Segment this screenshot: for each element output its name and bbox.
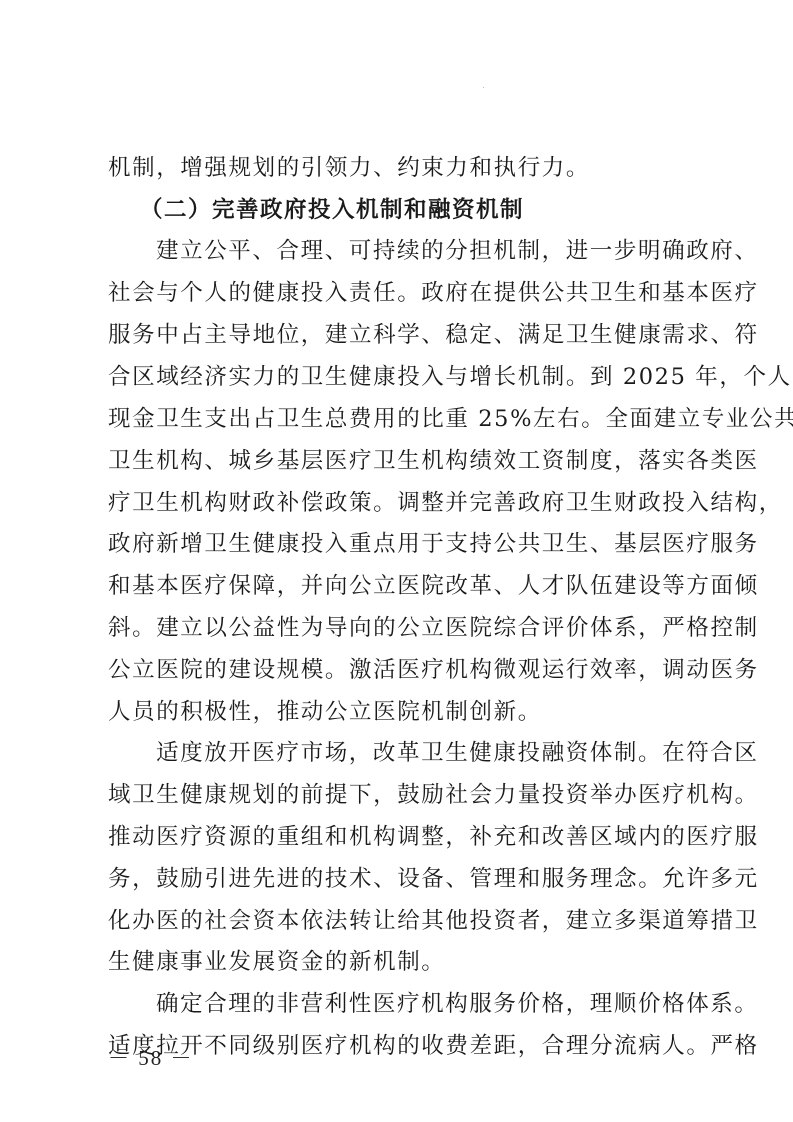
scan-speck [483, 87, 484, 88]
paragraph-line: 政府新增卫生健康投入重点用于支持公共卫生、基层医疗服务 [108, 529, 692, 559]
paragraph-line: 适度放开医疗市场，改革卫生健康投融资体制。在符合区 [156, 738, 692, 768]
paragraph-line: 化办医的社会资本依法转让给其他投资者，建立多渠道筹措卫 [108, 906, 692, 936]
paragraph-line: 现金卫生支出占卫生总费用的比重 25%左右。全面建立专业公共 [108, 404, 692, 434]
paragraph-line: 社会与个人的健康投入责任。政府在提供公共卫生和基本医疗 [108, 278, 692, 308]
paragraph-line: 生健康事业发展资金的新机制。 [108, 947, 692, 977]
paragraph-line: 域卫生健康规划的前提下，鼓励社会力量投资举办医疗机构。 [108, 780, 692, 810]
paragraph-line: 斜。建立以公益性为导向的公立医院综合评价体系，严格控制 [108, 613, 692, 643]
paragraph-line: 服务中占主导地位，建立科学、稳定、满足卫生健康需求、符 [108, 320, 692, 350]
document-page: 机制，增强规划的引领力、约束力和执行力。 （二）完善政府投入机制和融资机制 建立… [0, 0, 793, 1122]
paragraph-line: 公立医院的建设规模。激活医疗机构微观运行效率，调动医务 [108, 655, 692, 685]
paragraph-line: 疗卫生机构财政补偿政策。调整并完善政府卫生财政投入结构， [108, 488, 692, 518]
section-heading: （二）完善政府投入机制和融资机制 [140, 195, 524, 225]
paragraph-line: 适度拉开不同级别医疗机构的收费差距，合理分流病人。严格 [108, 1031, 692, 1061]
paragraph-line: 务，鼓励引进先进的技术、设备、管理和服务理念。允许多元 [108, 864, 692, 894]
paragraph-line: 确定合理的非营利性医疗机构服务价格，理顺价格体系。 [156, 989, 692, 1019]
paragraph-line: 和基本医疗保障，并向公立医院改革、人才队伍建设等方面倾 [108, 571, 692, 601]
page-number: － 58 － [108, 1044, 194, 1072]
paragraph-line: 建立公平、合理、可持续的分担机制，进一步明确政府、 [156, 236, 692, 266]
paragraph-line: 人员的积极性，推动公立医院机制创新。 [108, 697, 692, 727]
paragraph-line: 卫生机构、城乡基层医疗卫生机构绩效工资制度，落实各类医 [108, 446, 692, 476]
paragraph-line: 机制，增强规划的引领力、约束力和执行力。 [108, 153, 692, 183]
paragraph-line: 合区域经济实力的卫生健康投入与增长机制。到 2025 年，个人 [108, 362, 692, 392]
paragraph-line: 推动医疗资源的重组和机构调整，补充和改善区域内的医疗服 [108, 822, 692, 852]
